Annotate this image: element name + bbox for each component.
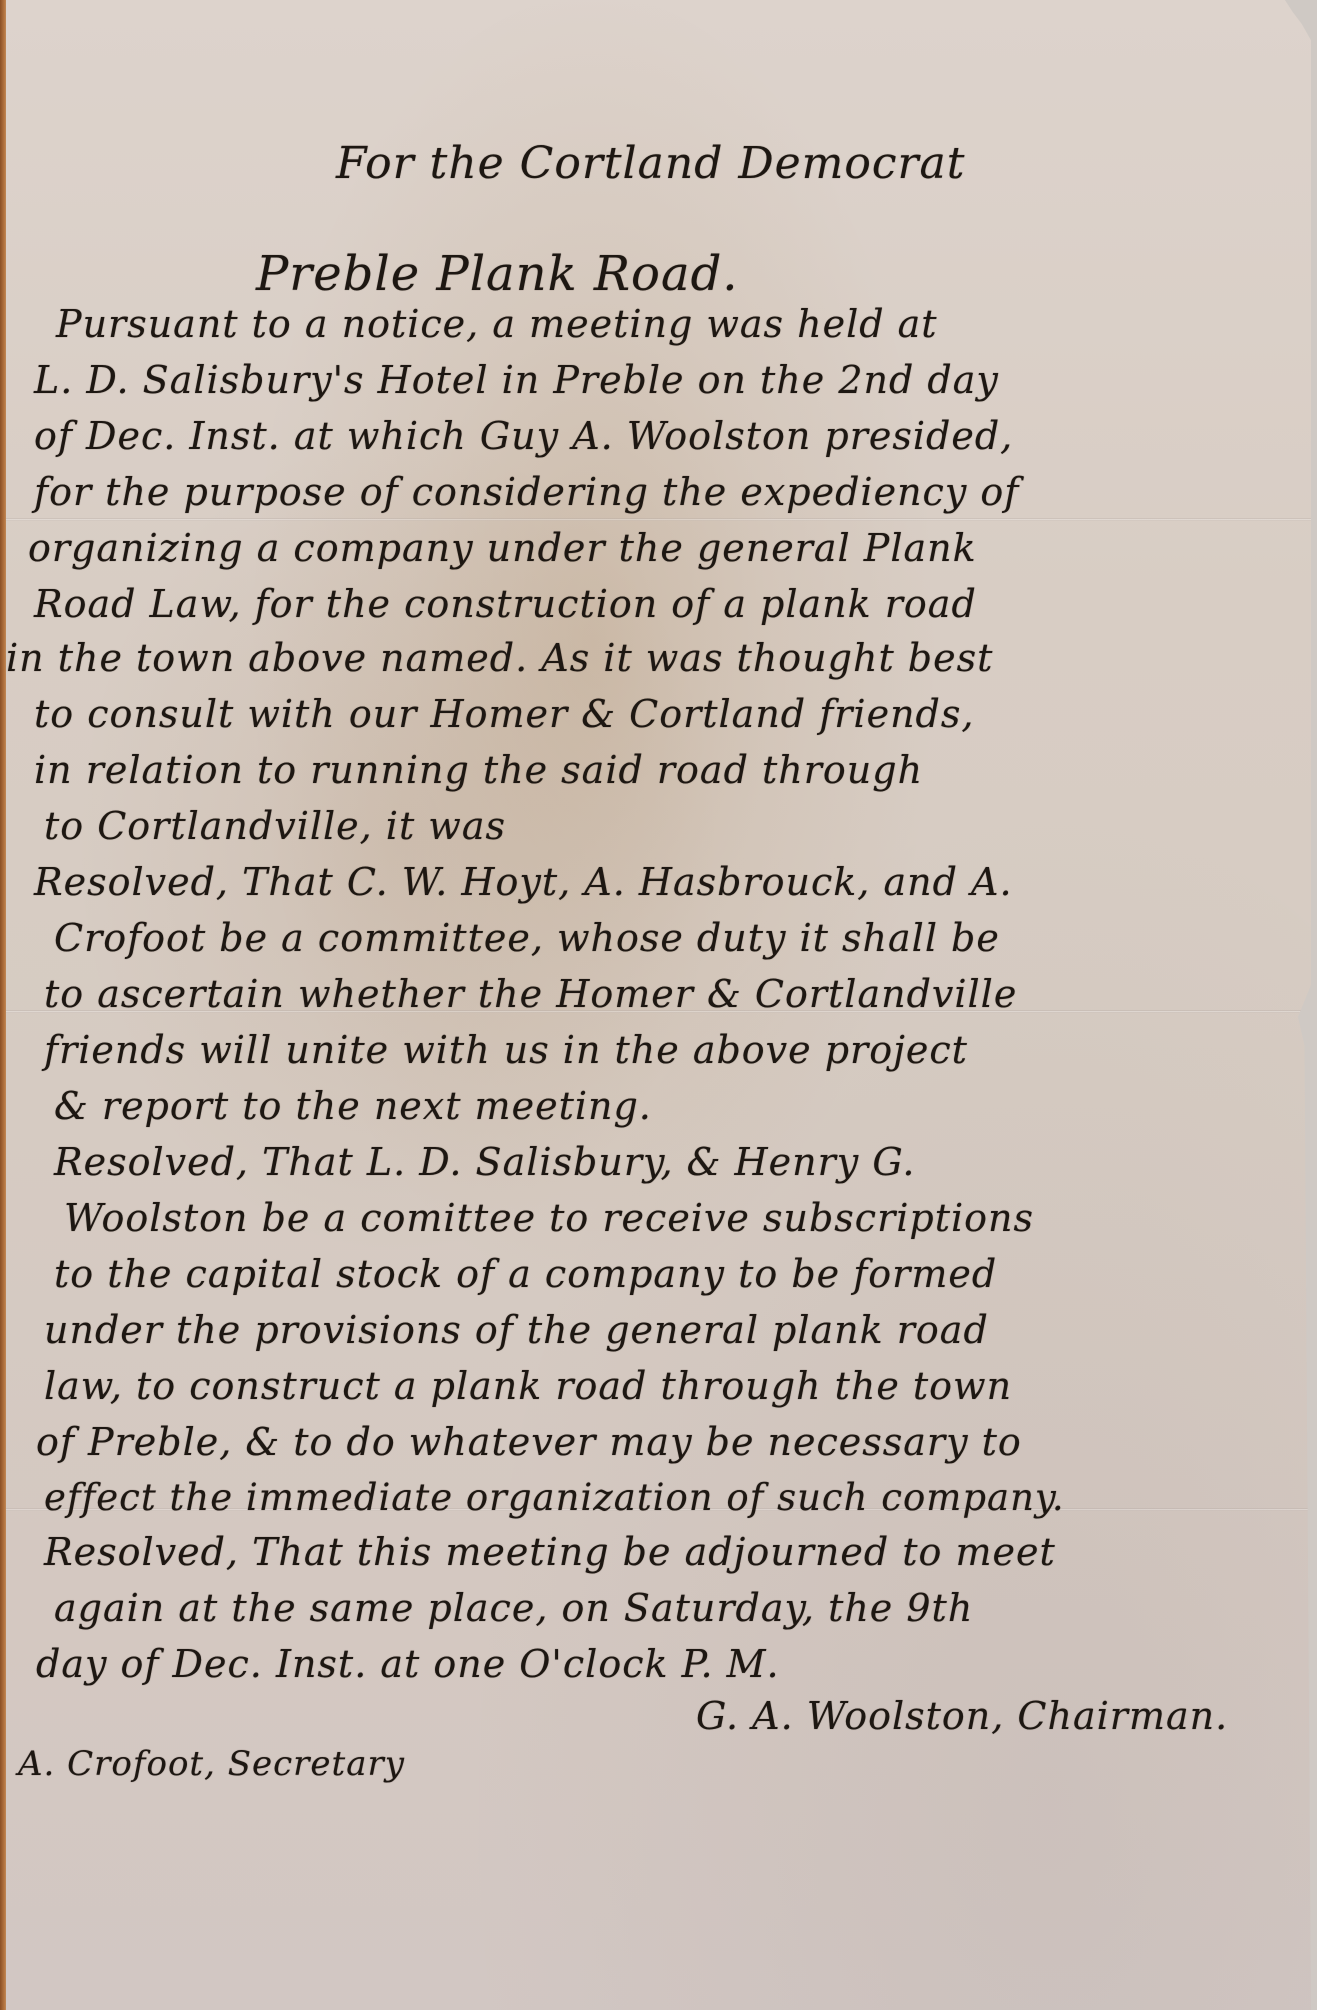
text-line: to the capital stock of a company to be … (54, 1252, 997, 1296)
text-line: & report to the next meeting. (54, 1084, 652, 1128)
text-line: Resolved, That L. D. Salisbury, & Henry … (54, 1140, 915, 1184)
secretary-signature: A. Crofoot, Secretary (18, 1744, 405, 1784)
document-title: Preble Plank Road. (256, 246, 739, 302)
document-heading: For the Cortland Democrat (336, 138, 965, 189)
text-line: effect the immediate organization of suc… (44, 1476, 1065, 1519)
paper-fold (6, 518, 1311, 521)
text-line: to Cortlandville, it was (44, 804, 506, 848)
text-line: Road Law, for the construction of a plan… (34, 582, 977, 626)
text-line: under the provisions of the general plan… (44, 1308, 989, 1352)
text-line: organizing a company under the general P… (28, 526, 977, 570)
text-line: in the town above named. As it was thoug… (6, 636, 993, 680)
text-line: Resolved, That C. W. Hoyt, A. Hasbrouck,… (34, 860, 1013, 904)
text-line: again at the same place, on Saturday, th… (54, 1586, 973, 1630)
text-line: law, to construct a plank road through t… (44, 1364, 1012, 1408)
text-line: in relation to running the said road thr… (34, 748, 923, 792)
text-line: for the purpose of considering the exped… (34, 470, 1019, 514)
chairman-signature: G. A. Woolston, Chairman. (696, 1694, 1228, 1738)
text-line: to ascertain whether the Homer & Cortlan… (44, 972, 1017, 1016)
text-line: of Preble, & to do whatever may be neces… (36, 1420, 1022, 1464)
text-line: of Dec. Inst. at which Guy A. Woolston p… (34, 414, 1013, 458)
manuscript-page: For the Cortland Democrat Preble Plank R… (6, 0, 1311, 2010)
text-line: day of Dec. Inst. at one O'clock P. M. (36, 1642, 780, 1686)
text-line: Woolston be a comittee to receive subscr… (64, 1196, 1034, 1240)
text-line: friends will unite with us in the above … (44, 1028, 968, 1072)
text-line: Resolved, That this meeting be adjourned… (44, 1530, 1056, 1574)
text-line: L. D. Salisbury's Hotel in Preble on the… (34, 358, 999, 402)
text-line: Pursuant to a notice, a meeting was held… (56, 302, 938, 346)
text-line: Crofoot be a committee, whose duty it sh… (54, 916, 1000, 960)
text-line: to consult with our Homer & Cortland fri… (34, 692, 974, 736)
